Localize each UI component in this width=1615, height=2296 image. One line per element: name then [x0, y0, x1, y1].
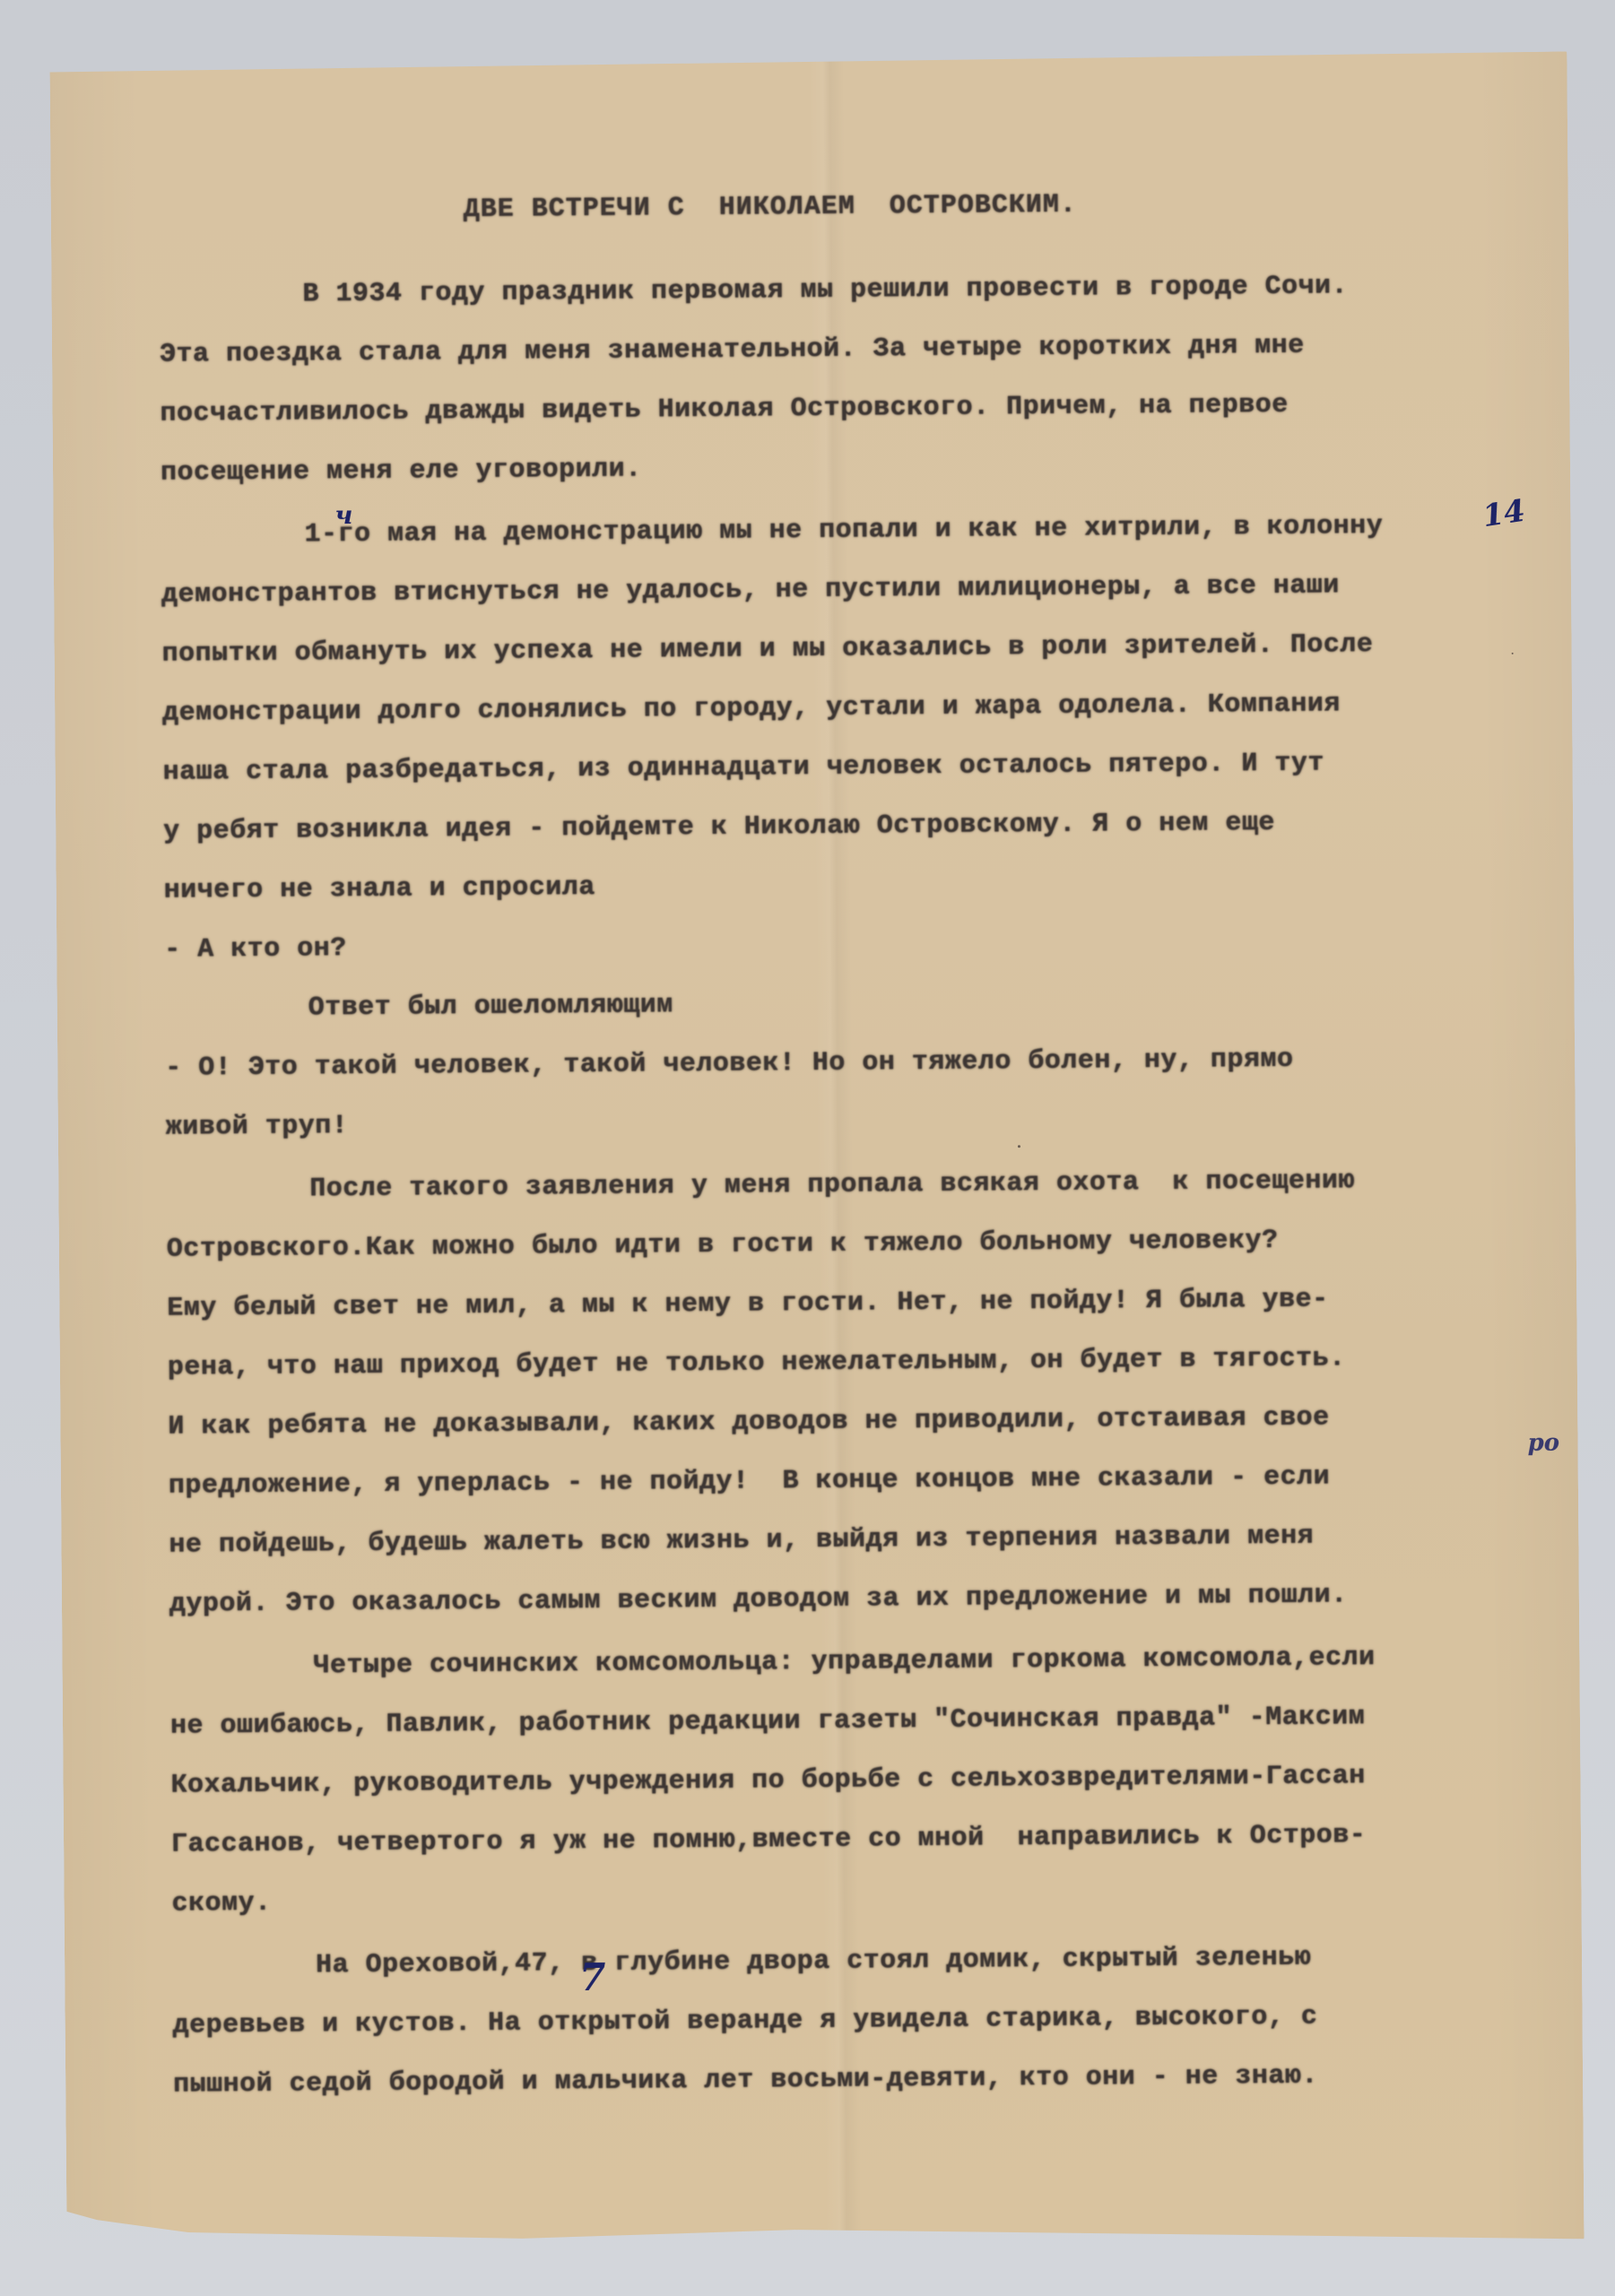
text-line: - А кто он? — [164, 932, 347, 966]
text-line: - О! Это такой человек, такой человек! Н… — [165, 1044, 1293, 1085]
ink-speck — [1512, 653, 1514, 654]
text-line: ничего не знала и спросила — [164, 871, 595, 907]
text-line: посчастливилось дважды видеть Николая Ос… — [160, 389, 1288, 430]
handwritten-margin-mark: ро — [1527, 1430, 1559, 1457]
text-lines: В 1934 году праздник первомая мы решили … — [157, 52, 1511, 63]
text-line: Ему белый свет не мил, а мы к нему в гос… — [167, 1284, 1328, 1325]
text-line: живой труп! — [166, 1110, 349, 1144]
text-line: у ребят возникла идея - пойдемте к Никол… — [163, 807, 1275, 848]
text-line: не пойдешь, будешь жалеть всю жизнь и, в… — [169, 1521, 1314, 1562]
paper-fold — [808, 57, 861, 2245]
text-line: В 1934 году праздник первомая мы решили … — [159, 270, 1348, 311]
text-line: На Ореховой,47, в глубине двора стоял до… — [172, 1942, 1311, 1983]
typewritten-page: ДВЕ ВСТРЕЧИ С НИКОЛАЕМ ОСТРОВСКИМ. В 193… — [49, 51, 1584, 2250]
text-line: Эта поездка стала для меня знаменательно… — [160, 330, 1305, 371]
ink-speck — [1018, 1145, 1020, 1148]
handwritten-page-number: 14 — [1480, 493, 1528, 535]
text-line: демонстрации долго слонялись по городу, … — [162, 688, 1341, 729]
page-title: ДВЕ ВСТРЕЧИ С НИКОЛАЕМ ОСТРОВСКИМ. — [464, 190, 1077, 225]
text-line: наша стала разбредаться, из одиннадцати … — [163, 748, 1324, 789]
text-line: предложение, я уперлась - не пойду! В ко… — [169, 1461, 1330, 1503]
text-line: После такого заявления у меня пропала вс… — [166, 1165, 1355, 1206]
text-line: демонстрантов втиснуться не удалось, не … — [161, 569, 1340, 611]
text-line: Ответ был ошеломляющим — [165, 989, 673, 1025]
text-line: пышной седой бородой и мальчика лет вось… — [173, 2060, 1318, 2101]
text-line: деревьев и кустов. На открытой веранде я… — [172, 2001, 1317, 2042]
text-line: Островского.Как можно было идти в гости … — [167, 1225, 1279, 1266]
text-line: посещение меня еле уговорили. — [161, 454, 642, 490]
handwritten-address-digit: 7 — [579, 1955, 606, 1999]
text-line: Гассанов, четвертого я уж не помню,вмест… — [171, 1819, 1366, 1860]
text-line: И как ребята не доказывали, каких доводо… — [168, 1402, 1329, 1443]
text-line: скому. — [171, 1887, 271, 1920]
text-line: рена, что наш приход будет не только неж… — [168, 1342, 1346, 1383]
text-line: не ошибаюсь, Павлик, работник редакции г… — [170, 1701, 1365, 1742]
text-line: Кохальчик, руководитель учреждения по бо… — [170, 1760, 1365, 1801]
text-line: попытки обмануть их успеха не имели и мы… — [161, 628, 1373, 671]
text-line: дурой. Это оказалось самым веским доводо… — [169, 1579, 1348, 1620]
typed-text-body: ДВЕ ВСТРЕЧИ С НИКОЛАЕМ ОСТРОВСКИМ. В 193… — [157, 52, 1511, 63]
handwritten-correction: ч — [334, 500, 352, 530]
text-line: Четыре сочинских комсомольца: управделам… — [169, 1642, 1375, 1684]
